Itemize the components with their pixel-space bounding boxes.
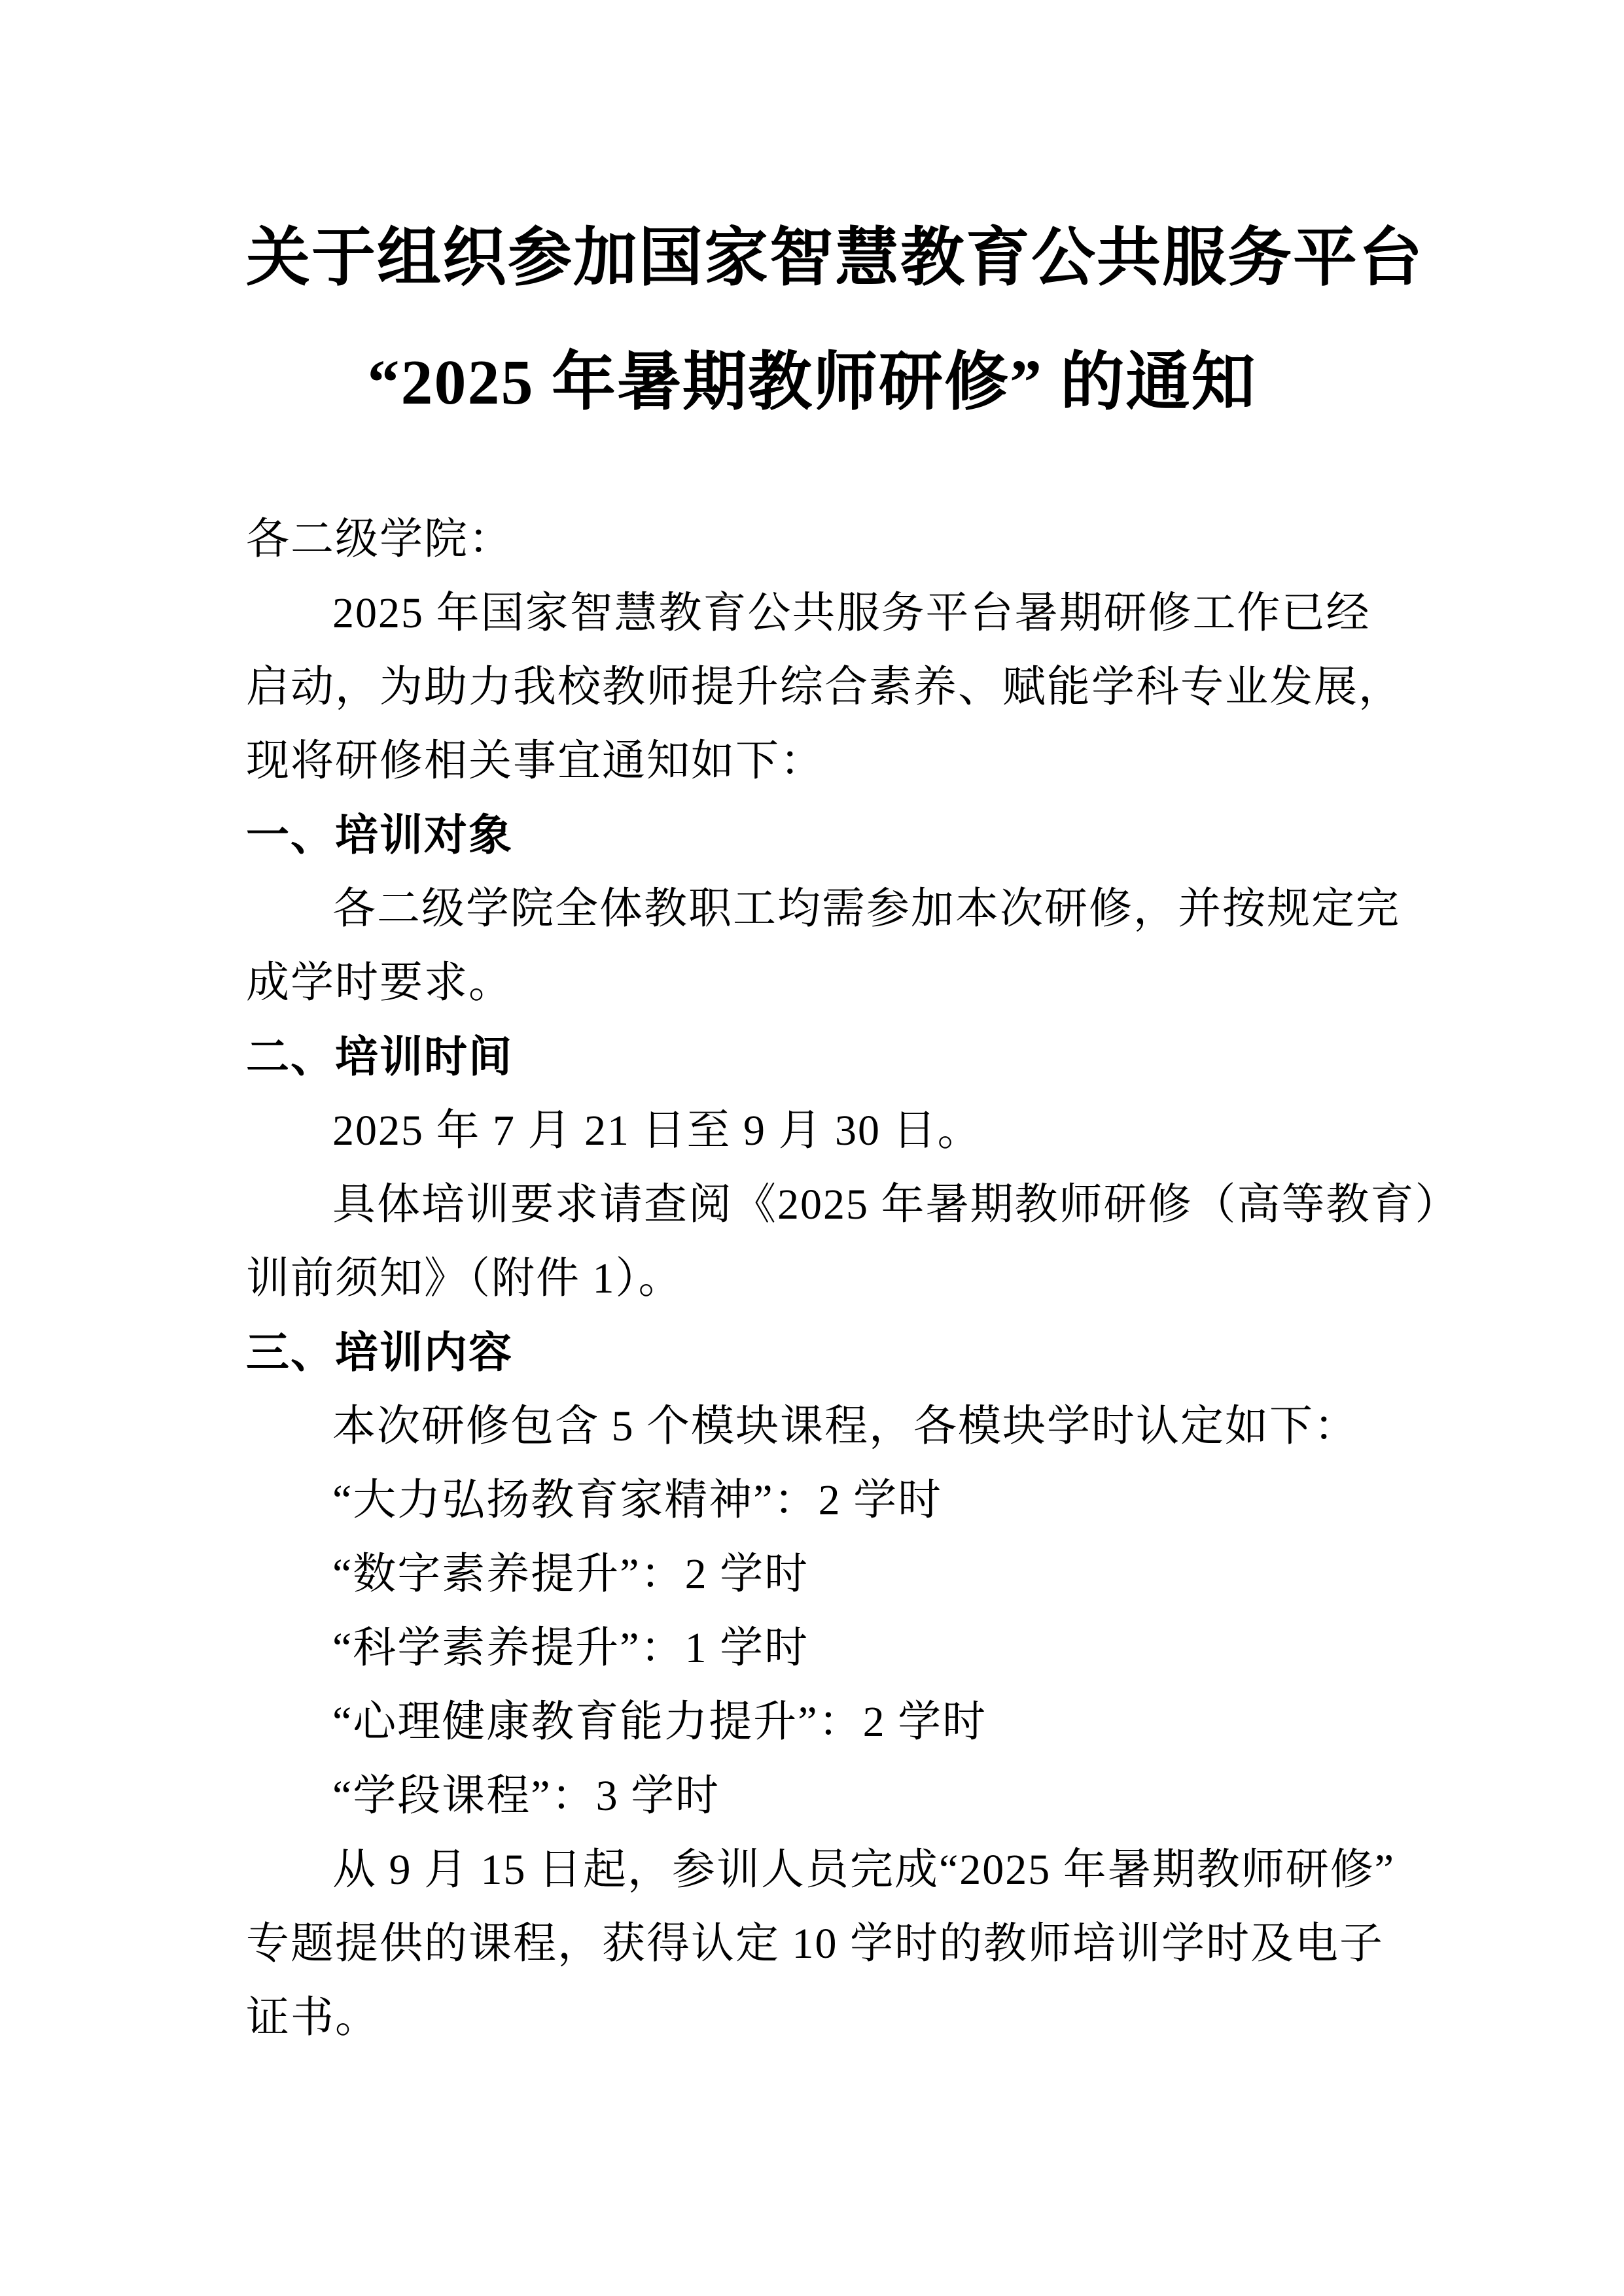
training-content-intro-line: 本次研修包含 5 个模块课程，各模块学时认定如下： xyxy=(246,1389,1378,1463)
training-time-line-3: 训前须知》（附件 1）。 xyxy=(246,1242,1378,1315)
document-title-line1: 关于组织参加国家智慧教育公共服务平台 xyxy=(246,216,1378,301)
intro-line-1: 2025 年国家智慧教育公共服务平台暑期研修工作已经 xyxy=(246,576,1378,650)
training-time-line-1: 2025 年 7 月 21 日至 9 月 30 日。 xyxy=(246,1094,1378,1168)
document-body: 各二级学院： 2025 年国家智慧教育公共服务平台暑期研修工作已经 启动，为助力… xyxy=(246,502,1378,2055)
module-line-digital-literacy: “数字素养提升”：2 学时 xyxy=(246,1537,1378,1611)
intro-line-3: 现将研修相关事宜通知如下： xyxy=(246,724,1378,798)
training-target-line-1: 各二级学院全体教职工均需参加本次研修，并按规定完 xyxy=(246,872,1378,946)
section-heading-training-content: 三、培训内容 xyxy=(246,1315,1378,1389)
certificate-line-1: 从 9 月 15 日起，参训人员完成“2025 年暑期教师研修” xyxy=(246,1833,1378,1907)
document-content: 关于组织参加国家智慧教育公共服务平台 “2025 年暑期教师研修” 的通知 各二… xyxy=(246,0,1378,2055)
salutation-line: 各二级学院： xyxy=(246,502,1378,576)
module-line-mental-health: “心理健康教育能力提升”：2 学时 xyxy=(246,1685,1378,1759)
document-title-line2: “2025 年暑期教师研修” 的通知 xyxy=(246,340,1378,425)
section-heading-training-target: 一、培训对象 xyxy=(246,798,1378,872)
module-line-stage-courses: “学段课程”：3 学时 xyxy=(246,1759,1378,1833)
training-time-line-2: 具体培训要求请查阅《2025 年暑期教师研修（高等教育） xyxy=(246,1168,1378,1242)
training-target-line-2: 成学时要求。 xyxy=(246,946,1378,1020)
module-line-educator-spirit: “大力弘扬教育家精神”：2 学时 xyxy=(246,1463,1378,1537)
document-page: 关于组织参加国家智慧教育公共服务平台 “2025 年暑期教师研修” 的通知 各二… xyxy=(0,0,1624,2296)
certificate-line-2: 专题提供的课程，获得认定 10 学时的教师培训学时及电子 xyxy=(246,1907,1378,1981)
section-heading-training-time: 二、培训时间 xyxy=(246,1020,1378,1094)
module-line-science-literacy: “科学素养提升”：1 学时 xyxy=(246,1611,1378,1685)
certificate-line-3: 证书。 xyxy=(246,1981,1378,2055)
intro-line-2: 启动，为助力我校教师提升综合素养、赋能学科专业发展， xyxy=(246,650,1378,724)
